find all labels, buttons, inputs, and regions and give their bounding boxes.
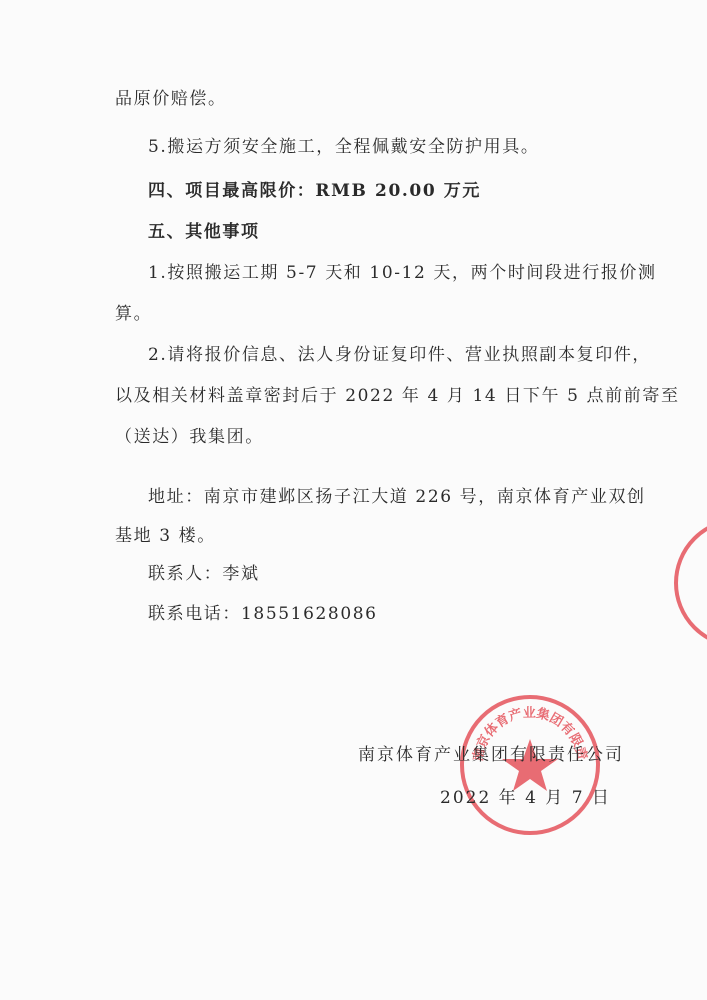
section-heading-other-matters: 五、其他事项 <box>148 221 260 243</box>
section-heading-max-price: 四、项目最高限价：RMB 20.00 万元 <box>148 180 481 202</box>
paragraph-item-2-cont: 以及相关材料盖章密封后于 2022 年 4 月 14 日下午 5 点前前寄至 <box>115 385 680 407</box>
paragraph-item-1: 1.按照搬运工期 5-7 天和 10-12 天，两个时间段进行报价测 <box>148 262 657 284</box>
paragraph-item-2-cont: （送达）我集团。 <box>115 426 264 448</box>
signature-organization: 南京体育产业集团有限责任公司 <box>358 744 624 766</box>
price-amount: RMB 20.00 <box>315 181 436 201</box>
heading-label: 四、项目最高限价： <box>148 181 315 201</box>
contact-person: 联系人：李斌 <box>148 563 260 585</box>
partial-seal-edge <box>674 518 707 648</box>
address-line: 地址：南京市建邺区扬子江大道 226 号，南京体育产业双创 <box>148 486 646 508</box>
signature-date: 2022 年 4 月 7 日 <box>440 787 611 809</box>
star-icon <box>678 522 707 644</box>
paragraph-item-1-cont: 算。 <box>115 303 152 325</box>
contact-phone: 联系电话：18551628086 <box>148 603 378 625</box>
paragraph-item-5: 5.搬运方须安全施工，全程佩戴安全防护用具。 <box>148 136 539 158</box>
price-unit: 万元 <box>436 181 481 201</box>
paragraph-line: 品原价赔偿。 <box>115 88 227 110</box>
address-line-cont: 基地 3 楼。 <box>115 525 216 547</box>
document-page: 品原价赔偿。 5.搬运方须安全施工，全程佩戴安全防护用具。 四、项目最高限价：R… <box>0 0 707 1000</box>
paragraph-item-2: 2.请将报价信息、法人身份证复印件、营业执照副本复印件， <box>148 344 651 366</box>
